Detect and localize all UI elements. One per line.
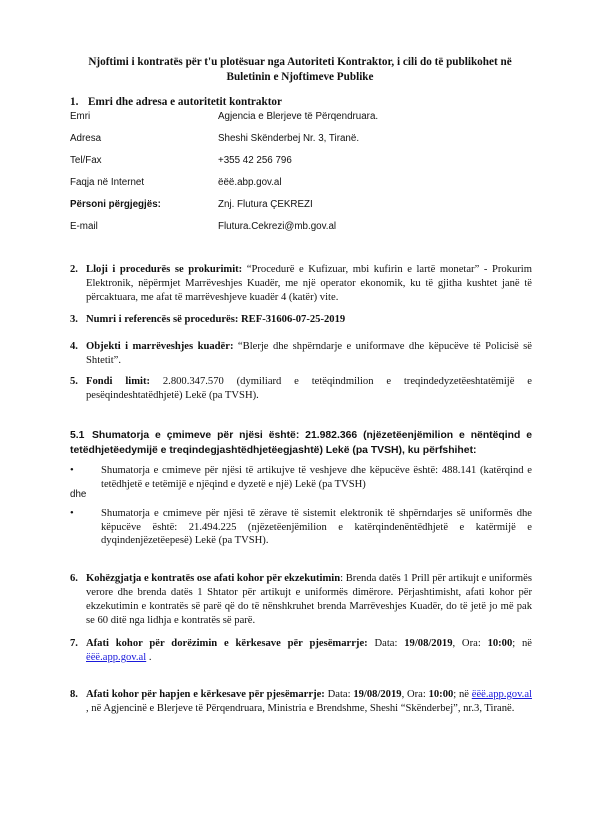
section-heading-text: Numri i referencës së procedurës: REF-31… — [86, 314, 345, 325]
row-value: ëëë.abp.gov.al — [218, 177, 282, 189]
section-heading-text: Afati kohor për dorëzimin e kërkesave pë… — [86, 638, 368, 649]
section-number: 3. — [70, 313, 78, 327]
section-5-limit-fund: 5. Fondi limit: 2.800.347.570 (dymiliard… — [70, 375, 532, 403]
section-4-framework-object: 4. Objekti i marrëveshjes kuadër: “Blerj… — [70, 340, 532, 368]
section-6-contract-duration: 6. Kohëzgjatja e kontratës ose afati koh… — [70, 572, 532, 628]
bullet-text: Shumatorja e cmimeve për njësi të zërave… — [70, 507, 532, 548]
row-value: Flutura.Cekrezi@mb.gov.al — [218, 221, 336, 233]
section-7-submission-deadline: 7. Afati kohor për dorëzimin e kërkesave… — [70, 637, 532, 665]
section-heading-text: Kohëzgjatja e kontratës ose afati kohor … — [86, 573, 340, 584]
date-label: Data: — [325, 689, 353, 700]
row-label: E-mail — [70, 221, 98, 233]
section-5-1-unit-prices: 5.1 Shumatorja e çmimeve për njësi është… — [70, 428, 532, 458]
section-text: Shumatorja e çmimeve për njësi është: 21… — [70, 428, 532, 458]
row-value: Znj. Flutura ÇEKREZI — [218, 199, 313, 211]
connector-text: ; në — [453, 689, 471, 700]
date-label: Data: — [368, 638, 405, 649]
row-label: Tel/Fax — [70, 155, 102, 167]
row-value: Agjencia e Blerjeve të Përqendruara. — [218, 111, 378, 123]
section-heading-text: Lloji i procedurës se prokurimit: — [86, 264, 242, 275]
section-3-reference-number: 3. Numri i referencës së procedurës: REF… — [70, 313, 532, 327]
row-value: Sheshi Skënderbej Nr. 3, Tiranë. — [218, 133, 359, 145]
connector-dhe: dhe — [70, 489, 86, 500]
section-number: 8. — [70, 688, 78, 702]
document-title: Njoftimi i kontratës për t'u plotësuar n… — [70, 55, 530, 85]
opening-date: 19/08/2019 — [353, 689, 401, 700]
section-heading-text: Fondi limit: — [86, 376, 150, 387]
row-value: +355 42 256 796 — [218, 155, 292, 167]
bullet-icon: • — [70, 464, 74, 478]
bullet-electronic-system: • Shumatorja e cmimeve për njësi të zëra… — [70, 507, 532, 548]
section-number: 5.1 — [70, 428, 84, 443]
bullet-icon: • — [70, 507, 74, 521]
app-portal-link[interactable]: ëëë.app.gov.al — [86, 652, 146, 663]
section-number: 1. — [70, 96, 78, 108]
row-label: Emri — [70, 111, 90, 123]
row-label: Përsoni përgjegjës: — [70, 199, 161, 211]
time-label: , Ora: — [402, 689, 429, 700]
section-number: 5. — [70, 375, 78, 389]
section-heading-text: Objekti i marrëveshjes kuadër: — [86, 341, 233, 352]
submission-time: 10:00 — [488, 638, 513, 649]
section-text: 2.800.347.570 (dymiliard e tetëqindmilio… — [86, 376, 532, 401]
section-number: 4. — [70, 340, 78, 354]
section-8-opening-deadline: 8. Afati kohor për hapjen e kërkesave pë… — [70, 688, 532, 716]
section-number: 2. — [70, 263, 78, 277]
tail-text: . — [146, 652, 151, 663]
bullet-clothing-shoes: • Shumatorja e cmimeve për njësi të arti… — [70, 464, 532, 491]
section-number: 6. — [70, 572, 78, 586]
section-heading-text: Afati kohor për hapjen e kërkesave për p… — [86, 689, 325, 700]
section-heading-text: Emri dhe adresa e autoritetit kontraktor — [88, 95, 282, 109]
bullet-text: Shumatorja e cmimeve për njësi të artiku… — [70, 464, 532, 491]
row-label: Faqja në Internet — [70, 177, 144, 189]
submission-date: 19/08/2019 — [404, 638, 452, 649]
tail-text: , në Agjencinë e Blerjeve të Përqendruar… — [86, 703, 514, 714]
connector-text: ; në — [512, 638, 532, 649]
row-label: Adresa — [70, 133, 101, 145]
app-portal-link[interactable]: ëëë.app.gov.al — [472, 689, 532, 700]
section-2-procedure-type: 2. Lloji i procedurës se prokurimit: “Pr… — [70, 263, 532, 305]
section-1-heading: 1. Emri dhe adresa e autoritetit kontrak… — [70, 95, 532, 109]
time-label: , Ora: — [453, 638, 488, 649]
opening-time: 10:00 — [429, 689, 454, 700]
section-number: 7. — [70, 637, 78, 651]
